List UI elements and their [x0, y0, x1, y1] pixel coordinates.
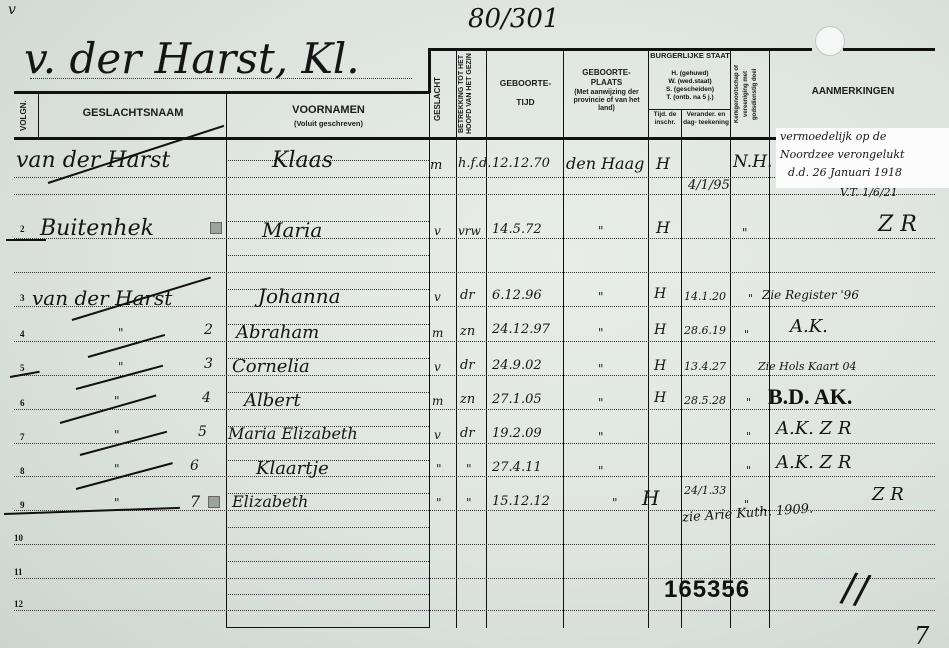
- remarks: A.K. Z R: [776, 418, 851, 439]
- relation: dr: [460, 288, 475, 303]
- header-geboortetijd-1: GEBOORTE-: [488, 78, 563, 88]
- col-divider: [769, 49, 770, 628]
- change-date: 14.1.20: [684, 290, 726, 303]
- birth-date: 15.12.12: [492, 494, 550, 509]
- birth-date: 27.1.05: [492, 392, 542, 407]
- row-number: 10: [14, 533, 23, 543]
- header-step: [428, 49, 431, 93]
- given-name: Maria Elizabeth: [228, 424, 358, 443]
- header-geboorteplaats-1: GEBOORTE-: [565, 68, 648, 77]
- header-top-rule-far-right: [843, 48, 935, 51]
- birth-place: den Haag: [566, 154, 644, 173]
- surname-ditto: ": [114, 496, 120, 510]
- birth-date: 12.12.70: [492, 156, 550, 171]
- birth-date: 19.2.09: [492, 426, 542, 441]
- surname: Buitenhek: [40, 216, 154, 241]
- relation: zn: [460, 324, 475, 339]
- birth-date: 24.12.97: [492, 322, 550, 337]
- remarks: Zie Register '96: [762, 288, 859, 302]
- birth-date: 14.5.72: [492, 222, 542, 237]
- header-geslacht: GESLACHT: [434, 64, 450, 134]
- header-name-line: [30, 78, 412, 79]
- row-number: 12: [14, 599, 23, 609]
- legend-gehuwd: H. (gehuwd): [650, 70, 730, 78]
- sex: v: [434, 290, 441, 304]
- voornamen-subline: [228, 221, 429, 222]
- birth-date: 24.9.02: [492, 358, 542, 373]
- civil-state: H: [654, 322, 666, 338]
- relation: h.f.d.: [458, 156, 491, 171]
- surname-ditto: ": [118, 326, 124, 340]
- col-divider: [456, 49, 457, 628]
- birth-place: ": [598, 224, 604, 238]
- row-number: 4: [20, 329, 25, 339]
- burgerlijke-sub-rule: [648, 109, 730, 110]
- given-name: Johanna: [258, 284, 341, 308]
- row-line: [14, 194, 935, 195]
- punch-hole: [815, 26, 845, 56]
- birth-place: ": [598, 290, 604, 304]
- row-line: [14, 578, 935, 579]
- bottom-corner-mark: 7: [914, 622, 929, 648]
- burgerlijke-staat-legend: H. (gehuwd) W. (wed.staat) S. (gescheide…: [650, 70, 730, 102]
- header-kerkgenootschap: Kerkgenootschap of vereeniging met godsd…: [733, 52, 767, 136]
- row-number: 5: [20, 363, 25, 373]
- birth-date: 27.4.11: [492, 460, 542, 475]
- church: ": [742, 226, 748, 240]
- civil-state: H: [654, 390, 666, 406]
- change-date: 13.4.27: [684, 360, 726, 373]
- surname-ditto: ": [118, 360, 124, 374]
- sex: ": [436, 462, 442, 476]
- relation: vrw: [458, 224, 481, 238]
- surname-ditto: ": [114, 428, 120, 442]
- civil-state: H: [656, 154, 670, 173]
- col-divider: [681, 110, 682, 628]
- header-voornamen: VOORNAMEN: [228, 104, 429, 116]
- remarks: Z R: [872, 484, 904, 505]
- birth-place: ": [598, 464, 604, 478]
- church: ": [746, 396, 751, 409]
- surname: van der Harst: [32, 286, 172, 310]
- child-number: 4: [202, 390, 211, 406]
- change-date: 28.5.28: [684, 394, 726, 407]
- note-line: d.d. 26 Januari 1918: [788, 166, 902, 179]
- birth-place: ": [598, 362, 604, 376]
- surname-ditto: ": [114, 462, 120, 476]
- col-divider: [563, 49, 564, 628]
- remarks-note-box: vermoedelijk op de Noordzee verongelukt …: [776, 128, 949, 188]
- row-number: 8: [20, 466, 25, 476]
- header-voornamen-sub: (Voluit geschreven): [228, 119, 429, 128]
- col-divider: [486, 49, 487, 628]
- given-name: Elizabeth: [232, 492, 308, 511]
- child-number: 7: [190, 492, 200, 511]
- voornamen-subline: [228, 561, 429, 562]
- legend-weduwstaat: W. (wed.staat): [650, 78, 730, 86]
- given-name: Cornelia: [232, 356, 310, 377]
- note-line: Noordzee verongelukt: [780, 148, 904, 161]
- birth-place: ": [612, 496, 618, 510]
- civil-state: H: [654, 358, 666, 374]
- row-line: [14, 375, 935, 376]
- row9-extra-note: zie Arie Kuth. 1909.: [682, 501, 814, 525]
- voornamen-subline: [228, 527, 429, 528]
- child-number: 3: [204, 356, 213, 372]
- remarks: A.K. Z R: [776, 452, 851, 473]
- civil-state: H: [654, 286, 666, 302]
- voornamen-subline: [228, 255, 429, 256]
- header-top-rule-left: [14, 91, 429, 94]
- given-name: Klaas: [272, 148, 333, 173]
- given-name: Albert: [244, 390, 301, 411]
- relation: ": [466, 462, 472, 476]
- child-number: 6: [190, 458, 199, 474]
- church: ": [746, 464, 751, 477]
- birth-place: ": [598, 396, 604, 410]
- header-geslachtsnaam: GESLACHTSNAAM: [40, 107, 226, 119]
- given-name: Abraham: [236, 322, 319, 343]
- sex: v: [434, 428, 441, 442]
- sex: v: [434, 224, 441, 238]
- row-number: 2: [20, 224, 25, 234]
- sex: m: [430, 158, 442, 173]
- header-family-name: v. der Harst, Kl.: [24, 34, 360, 83]
- voornamen-bottom: [226, 627, 430, 628]
- sex: m: [432, 326, 443, 340]
- row-line: [14, 272, 935, 273]
- header-tijd-inschr: Tijd. de inschr.: [649, 111, 681, 127]
- row-number: 6: [20, 398, 25, 408]
- registration-card: v 80/301 v. der Harst, Kl. VOLGN. GESLAC…: [0, 0, 949, 648]
- sex: v: [434, 360, 441, 374]
- birth-date: 6.12.96: [492, 288, 542, 303]
- bottom-slashes: //: [838, 564, 873, 614]
- header-burgerlijke-staat: BURGERLIJKE STAAT: [650, 52, 730, 60]
- note-line: vermoedelijk op de: [780, 130, 886, 143]
- file-number: 80/301: [468, 4, 559, 34]
- birth-place: ": [598, 326, 604, 340]
- header-betrekking: BETREKKING TOT HET HOOFD VAN HET GEZIN: [458, 52, 484, 136]
- change-date: 4/1/95: [688, 178, 730, 193]
- header-verander: Verander. en dag- teekening: [682, 111, 730, 127]
- checkbox-mark: [208, 496, 220, 508]
- col-divider: [429, 93, 430, 628]
- church: ": [746, 430, 751, 443]
- row-line: [14, 610, 935, 611]
- sex: m: [432, 394, 443, 408]
- col-divider: [730, 49, 731, 628]
- header-geboorteplaats-2: PLAATS: [565, 78, 648, 87]
- row-line: [14, 476, 935, 477]
- child-number: 2: [204, 322, 213, 338]
- header-aanmerkingen: AANMERKINGEN: [771, 86, 935, 97]
- strike-through: [6, 239, 46, 241]
- checkbox-mark: [210, 222, 222, 234]
- row-line: [14, 341, 935, 342]
- remarks-stamp: B.D. AK.: [768, 384, 852, 410]
- relation: dr: [460, 358, 475, 373]
- header-geboortetijd-2: TIJD: [488, 97, 563, 107]
- row-number: 9: [20, 500, 25, 510]
- relation: dr: [460, 426, 475, 441]
- church: ": [748, 292, 753, 305]
- row-number: 3: [20, 293, 25, 303]
- relation: ": [466, 496, 472, 510]
- sex: ": [436, 496, 442, 510]
- row-line: [14, 544, 935, 545]
- legend-ontbonden: T. (ontb. na 5 j.): [650, 94, 730, 102]
- church: N.H.: [733, 152, 772, 172]
- voornamen-subline: [228, 594, 429, 595]
- birth-place: ": [598, 430, 604, 444]
- remarks: Zie Hols Kaart 04: [758, 360, 857, 373]
- header-volgnummer: VOLGN.: [20, 100, 32, 132]
- col-divider: [226, 93, 227, 628]
- row-number: 7: [20, 432, 25, 442]
- col-divider: [648, 49, 649, 628]
- remarks: A.K.: [790, 316, 828, 337]
- given-name: Klaartje: [256, 458, 329, 479]
- legend-gescheiden: S. (gescheiden): [650, 86, 730, 94]
- civil-state: H: [642, 486, 659, 510]
- row-line: [14, 443, 935, 444]
- row-number: 11: [14, 567, 23, 577]
- change-date: 24/1.33: [684, 484, 726, 497]
- relation: zn: [460, 392, 475, 407]
- change-date: 28.6.19: [684, 324, 726, 337]
- child-number: 5: [198, 424, 207, 440]
- remarks: Z R: [878, 212, 917, 237]
- header-geboorteplaats-sub: (Met aanwijzing der provincie of van het…: [567, 89, 646, 113]
- civil-state: H: [656, 218, 670, 237]
- col-divider: [38, 93, 39, 137]
- church: ": [744, 328, 749, 341]
- given-name: Maria: [262, 218, 322, 242]
- corner-check-mark: v: [8, 2, 16, 18]
- strike-through: [88, 334, 165, 358]
- serial-number-stamp: 165356: [664, 576, 750, 604]
